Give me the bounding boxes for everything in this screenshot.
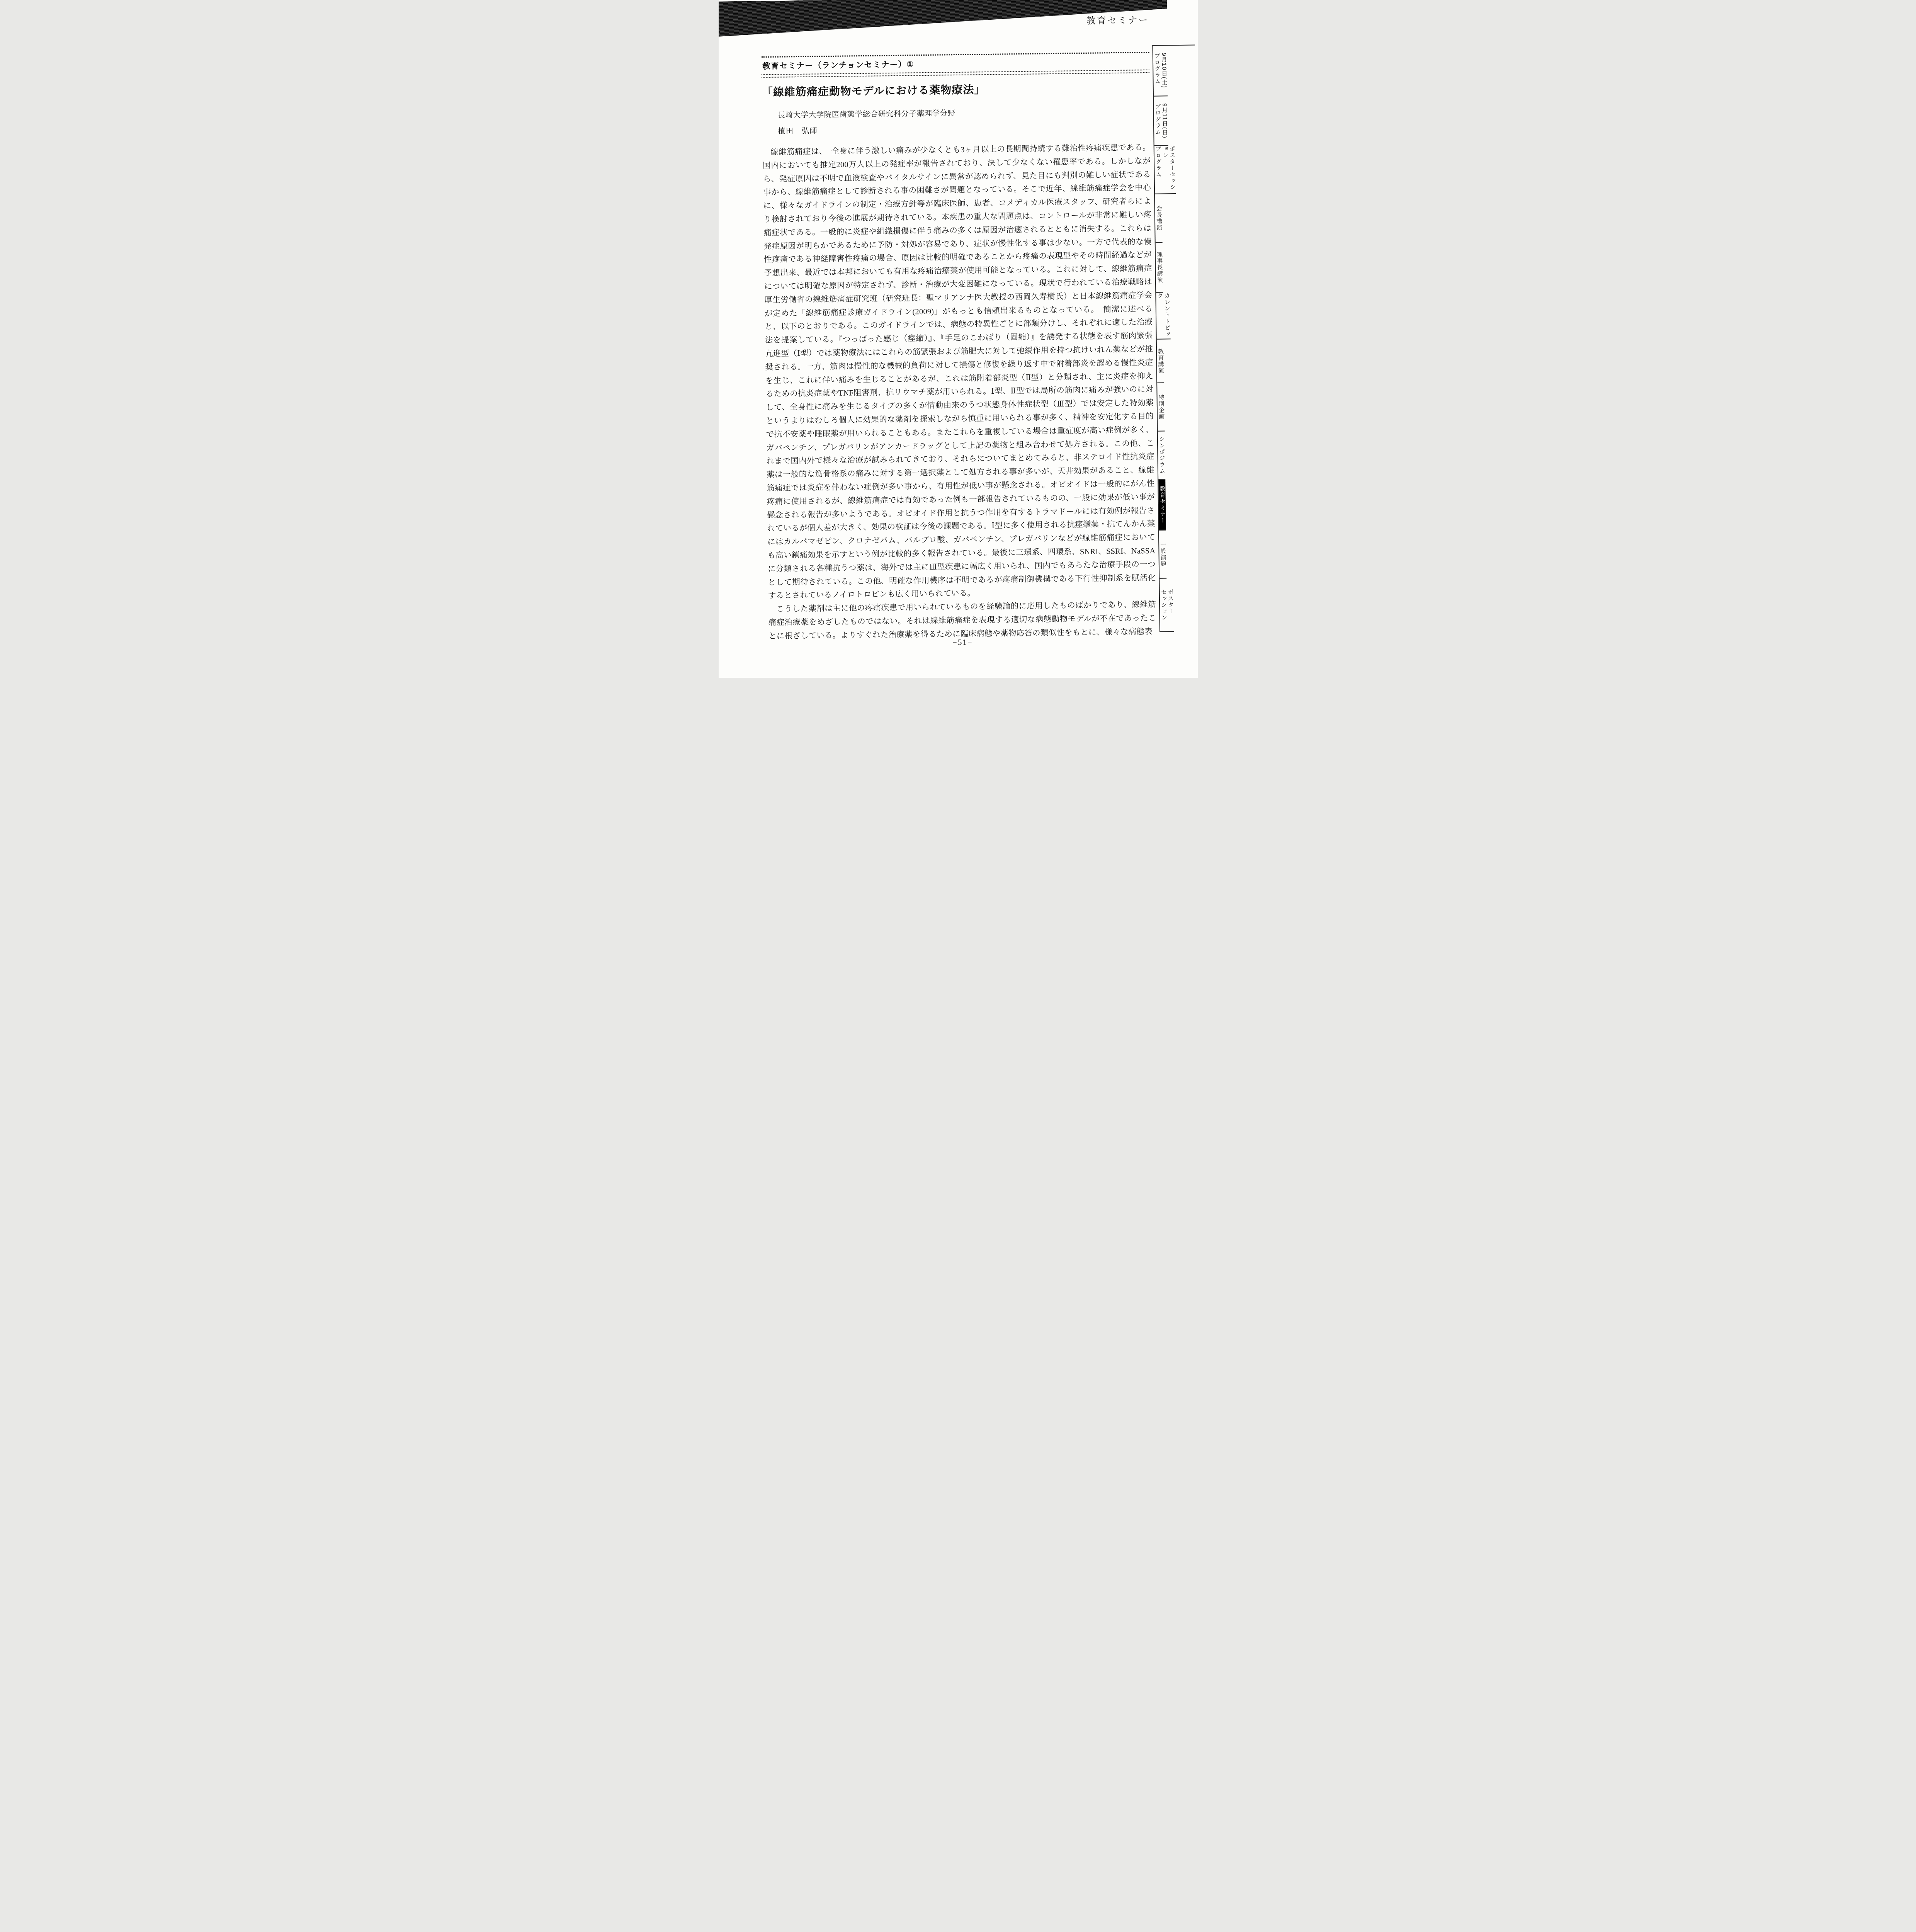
sidebar-tab-11: 一般演題 [1159, 530, 1166, 578]
author-name: 植田 弘師 [762, 121, 1150, 136]
sidebar-tab-1: 9月10日(土)プログラム [1153, 46, 1168, 96]
abstract-paragraph: 線維筋痛症は、 全身に伴う激しい痛みが少なくとも3ヶ月以上の長期間持続する難治性… [762, 141, 1156, 603]
sidebar-tab-4: 会長講演 [1155, 194, 1163, 243]
page-header-label: 教育セミナー [1086, 12, 1149, 27]
sidebar-tab-2: 9月11日(日)プログラム [1154, 96, 1168, 146]
sidebar-tab-10: 教育セミナー [1158, 480, 1166, 530]
abstract-title: 「線維筋痛症動物モデルにおける薬物療法」 [762, 79, 1149, 99]
author-affiliation: 長崎大学大学院医歯薬学総合研究科分子薬理学分野 [762, 105, 1150, 120]
scanned-page: 教育セミナー 教育セミナー（ランチョンセミナー）① 「線維筋痛症動物モデルにおけ… [719, 0, 1198, 678]
sidebar-tab-12: ポスターセッション [1159, 578, 1174, 632]
scan-content: 教育セミナー 教育セミナー（ランチョンセミナー）① 「線維筋痛症動物モデルにおけ… [719, 0, 1198, 678]
sidebar-tab-3: ポスターセッションプログラム [1154, 146, 1176, 194]
sidebar-tab-5: 理事長講演 [1155, 243, 1163, 293]
main-column: 教育セミナー（ランチョンセミナー）① 「線維筋痛症動物モデルにおける薬物療法」 … [761, 52, 1156, 643]
thumb-index-sidebar: 9月10日(土)プログラム9月11日(日)プログラムポスターセッションプログラム… [1152, 44, 1198, 632]
sidebar-tab-6: カレントトピック [1156, 293, 1170, 339]
sidebar-tab-9: シンポジウム [1158, 431, 1165, 480]
sidebar-tab-7: 教育講演 [1156, 340, 1164, 383]
sidebar-tab-8: 特別企画 [1157, 383, 1165, 432]
abstract-body: 線維筋痛症は、 全身に伴う激しい痛みが少なくとも3ヶ月以上の長期間持続する難治性… [762, 141, 1156, 643]
